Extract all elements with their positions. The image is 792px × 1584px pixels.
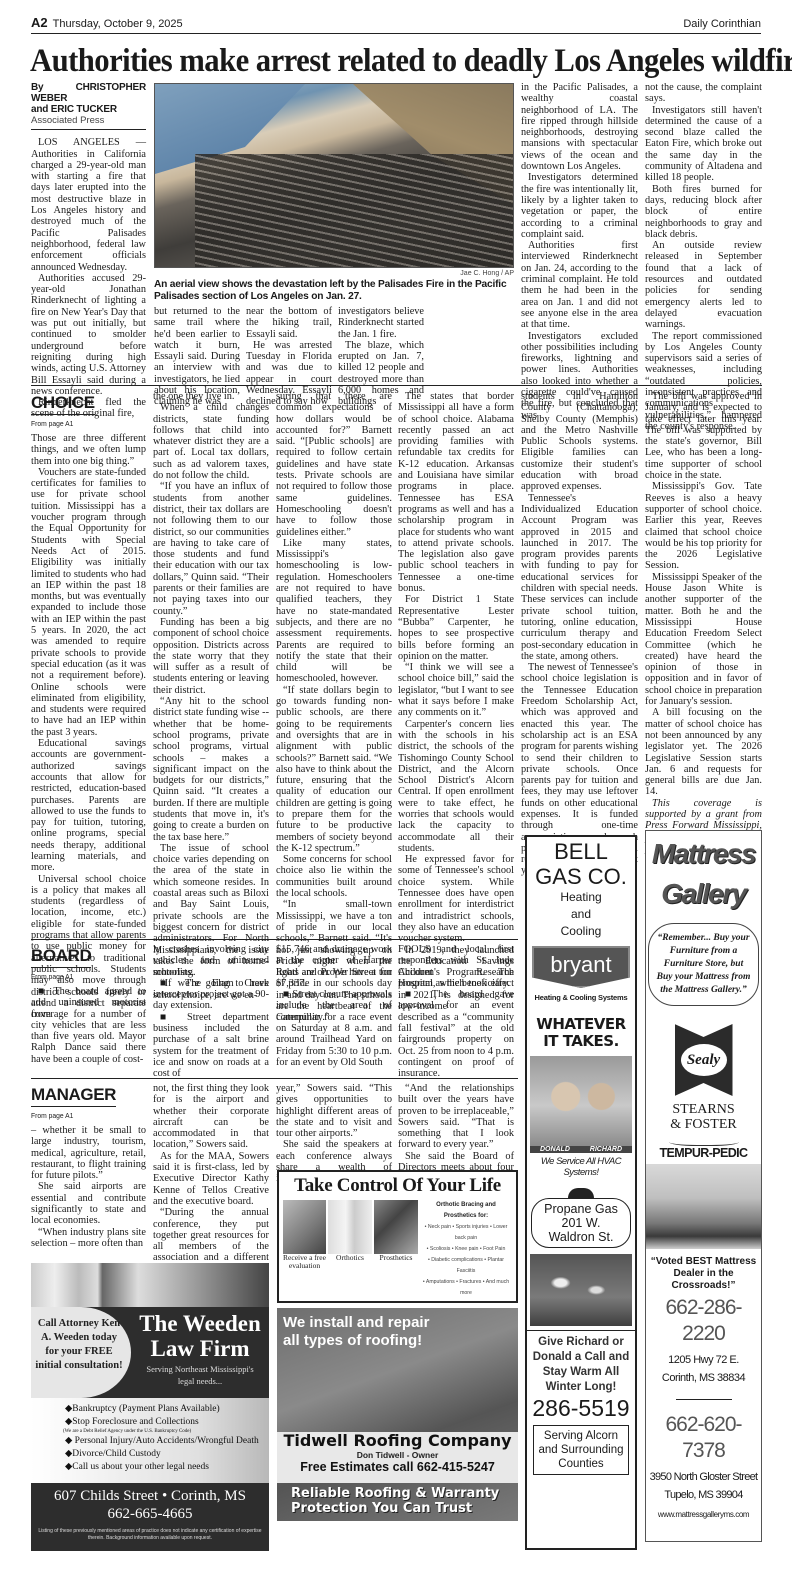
byline-agency: Associated Press (31, 115, 146, 130)
section-divider (31, 939, 518, 940)
bell-phone: 286-5519 (527, 1395, 635, 1421)
roofing-slogan: Reliable Roofing & WarrantyProtection Yo… (277, 1483, 518, 1521)
ad-bell-gas: BELL GAS CO. HeatingandCooling bryant He… (525, 835, 637, 1550)
ad-bickerts-orthotics: Take Control Of Your Life Receive a free… (277, 1170, 518, 1303)
bryant-logo: bryant (532, 946, 630, 988)
disclaimer: Listing of these previously mentioned ar… (31, 1523, 269, 1542)
call-richard-donald: Give Richard or Donald a Call and Stay W… (527, 1331, 635, 1395)
page-folio: A2Thursday, October 9, 2025 Daily Corint… (31, 14, 761, 34)
page-number: A2 (31, 15, 48, 30)
tempur-pedic-logo: TEMPUR-PEDIC (646, 1146, 761, 1160)
voted-best: “Voted BEST Mattress Dealer in the Cross… (646, 1256, 761, 1292)
board-column-3: $15,746 and drainage work at the corner … (276, 944, 392, 1068)
whatever-it-takes: WHATEVERIT TAKES. (527, 1016, 635, 1050)
byline: By CHRISTOPHER WEBERand ERIC TUCKER (31, 82, 146, 115)
firm-name-line2: Law Firm (131, 1336, 269, 1361)
choice-column-4: The states that border Mississippi all h… (398, 391, 514, 1012)
board-column-1: ■ The board agreed to add uninsured moto… (31, 986, 146, 1065)
firm-tagline: Serving Northeast Mississippi's legal ne… (131, 1361, 269, 1387)
choice-column-1: Those are three different things, and we… (31, 433, 146, 1020)
photo-orthotics: Orthotics (328, 1200, 372, 1299)
newspaper-name: Daily Corinthian (683, 18, 761, 30)
heating-and-cooling: HeatingandCooling (527, 889, 635, 940)
bedroom-photo (646, 1164, 761, 1249)
owner-names: DONALDRICHARD (530, 1146, 632, 1153)
corinth-phone: 662-286-2220 (646, 1295, 761, 1347)
bell-name-2: GAS CO. (527, 864, 635, 889)
board-column-4: FOOLS and local first responders with St… (398, 944, 514, 1080)
mattress-logo-line1: Mattress (646, 837, 761, 871)
jump-line: From page A1 (31, 419, 135, 428)
service-area: Serving Alcorn and Surrounding Counties (533, 1425, 629, 1475)
ad-mattress-gallery: Mattress Gallery “Remember... Buy your F… (645, 830, 762, 1542)
owners-photo (530, 1056, 632, 1146)
choice-column-3: suring that there are common expectation… (276, 391, 392, 1024)
manager-column-1: – whether it be small to large industry,… (31, 1125, 146, 1249)
phone-line: Free Estimates call 662-415-5247 (277, 1460, 518, 1474)
sleeper-outline-icon (669, 1136, 739, 1146)
consultation-callout: Call Attorney Ken A. Weeden today for yo… (31, 1307, 131, 1398)
photo-evaluation: Receive a free evaluation (283, 1200, 326, 1299)
jump-line: From page A1 (31, 972, 135, 981)
bryant-tagline: Heating & Cooling Systems (527, 993, 635, 1002)
lead-headline: Authorities make arrest related to deadl… (30, 42, 714, 80)
mattress-quote-cloud: “Remember... Buy your Furniture from a F… (648, 923, 759, 1006)
tupelo-address: 3950 North Gloster StreetTupelo, MS 3990… (646, 1468, 761, 1504)
firm-address: 607 Childs Street • Corinth, MS (31, 1487, 269, 1505)
law-firm-photo (31, 1263, 269, 1307)
bell-name-1: BELL (527, 839, 635, 864)
lead-column-1: By CHRISTOPHER WEBERand ERIC TUCKER Asso… (31, 82, 146, 420)
ad-tidwell-roofing: We install and repair all types of roofi… (277, 1308, 518, 1521)
choice-column-6: The bill was approved in January, and is… (645, 391, 762, 865)
photo-caption: An aerial view shows the devastation lef… (154, 279, 516, 303)
fireplace-photo (530, 1254, 632, 1326)
section-divider (31, 1078, 518, 1079)
business-name: Tidwell Roofing Company (277, 1432, 518, 1450)
firm-name-line1: The Weeden (131, 1311, 269, 1336)
propane-tank-sign: Propane Gas201 W.Waldron St. (531, 1198, 631, 1248)
corinth-address: 1205 Hwy 72 E.Corinth, MS 38834 (646, 1351, 761, 1387)
firm-phone: 662-665-4665 (31, 1505, 269, 1523)
photo-prosthetics: Prosthetics (374, 1200, 418, 1299)
tupelo-phone: 662-620-7378 (646, 1412, 761, 1464)
conditions-list: Orthotic Bracing and Prosthetics for: • … (420, 1200, 512, 1299)
hvac-service: We Service All HVAC Systems! (527, 1156, 635, 1178)
mattress-logo-line2: Gallery (646, 877, 761, 911)
section-title-manager: MANAGER (31, 1085, 116, 1107)
roofing-tagline: We install and repair all types of roofi… (277, 1308, 437, 1350)
lead-column-5: in the Pacific Palisades, a wealthy coas… (521, 82, 638, 421)
owner: Don Tidwell - Owner (277, 1450, 518, 1460)
choice-column-2: the one they live in.When a child change… (153, 391, 269, 1001)
ad-weeden-law-firm: Call Attorney Ken A. Weeden today for yo… (31, 1263, 269, 1563)
tank-valve-icon (568, 1188, 594, 1198)
services-list: ◆Bankruptcy (Payment Plans Available) ◆S… (31, 1398, 269, 1483)
divider (676, 1399, 732, 1400)
wildfire-aerial-photo (154, 83, 514, 268)
choice-column-5: students in Hamilton County (Chattanooga… (521, 391, 638, 877)
issue-date: Thursday, October 9, 2025 (53, 18, 183, 30)
manager-column-2: not, the first thing they look for is th… (153, 1083, 269, 1275)
roofing-info-band: Tidwell Roofing Company Don Tidwell - Ow… (277, 1432, 518, 1483)
lead-column-6: not the cause, the complaint says.Invest… (645, 82, 762, 432)
photo-credit: Jae C. Hong / AP (154, 270, 514, 277)
ad-title: Take Control Of Your Life (279, 1175, 516, 1197)
stearns-foster-logo: STEARNS& FOSTER (646, 1102, 761, 1132)
section-divider (31, 385, 762, 386)
section-title-choice: CHOICE (31, 393, 95, 415)
board-column-2: ly crashes involving city vehicles and u… (153, 944, 269, 1080)
mattress-website[interactable]: www.mattressgalleryms.com (646, 1510, 761, 1519)
sealy-logo: Sealy (675, 1024, 733, 1096)
section-title-board: BOARD (31, 946, 91, 968)
jump-line: From page A1 (31, 1111, 135, 1120)
